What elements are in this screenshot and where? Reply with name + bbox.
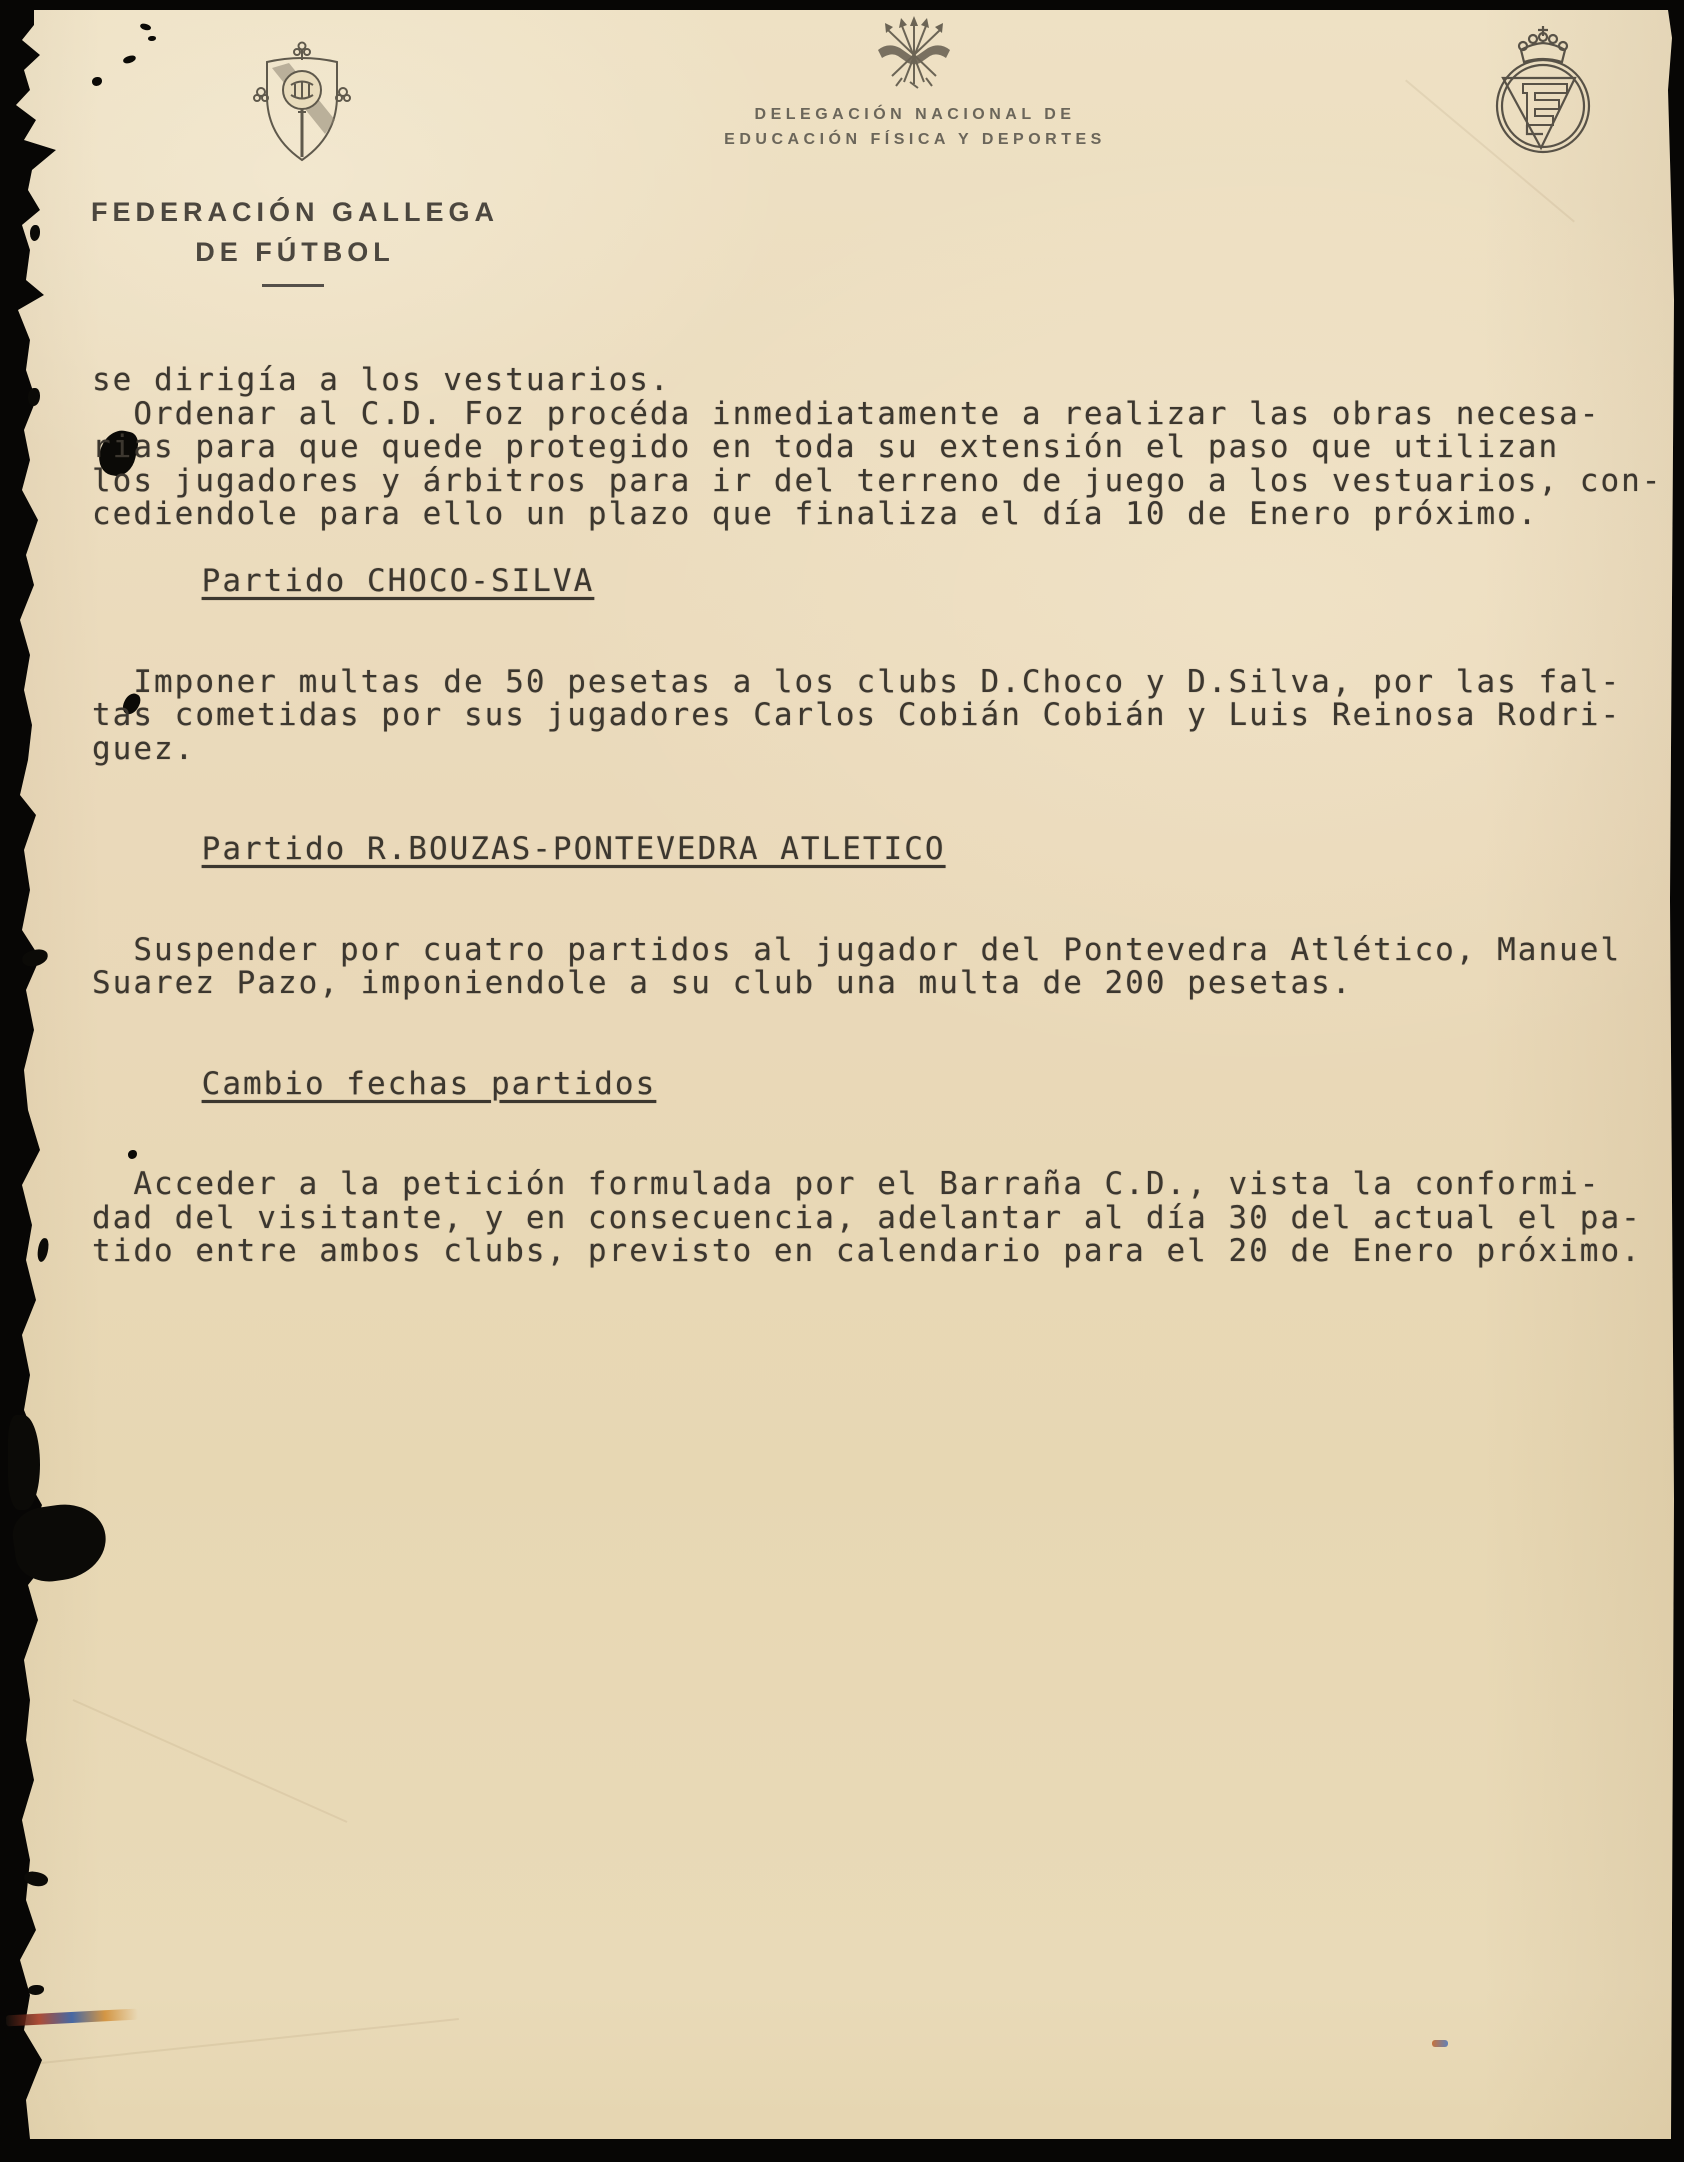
federation-name: FEDERACIÓN GALLEGA DE FÚTBOL [90,192,500,272]
color-speck [1432,2040,1448,2047]
body-line: dad del visitante, y en consecuencia, ad… [92,1202,1672,1236]
delegation-title-line2: EDUCACIÓN FÍSICA Y DEPORTES [665,127,1165,152]
federacion-gallega-shield-icon [245,40,360,175]
body-line: tido entre ambos clubs, previsto en cale… [92,1235,1672,1269]
body-line: los jugadores y árbitros para ir del ter… [92,465,1672,499]
body-line: Acceder a la petición formulada por el B… [92,1168,1672,1202]
body-line: Ordenar al C.D. Foz procéda inmediatamen… [92,398,1672,432]
body-line: se dirigía a los vestuarios. [92,364,1672,398]
section-heading-cambio-fechas: Cambio fechas partidos [119,1034,1672,1135]
body-line: Imponer multas de 50 pesetas a los clubs… [92,666,1672,700]
royal-federation-crest-icon [1483,22,1603,154]
section-heading-bouzas-pontevedra: Partido R.BOUZAS-PONTEVEDRA ATLETICO [119,800,1672,901]
body-line: Suspender por cuatro partidos al jugador… [92,934,1672,968]
body-line: cediendole para ello un plazo que finali… [92,498,1672,532]
section-heading-choco-silva: Partido CHOCO-SILVA [119,532,1672,633]
body-line: Suarez Pazo, imponiendole a su club una … [92,967,1672,1001]
delegation-title-line1: DELEGACIÓN NACIONAL DE [665,102,1165,127]
body-line: tas cometidas por sus jugadores Carlos C… [92,699,1672,733]
body-line: guez. [92,733,1672,767]
delegation-title: DELEGACIÓN NACIONAL DE EDUCACIÓN FÍSICA … [665,102,1165,152]
body-line: rias para que quede protegido en toda su… [92,431,1672,465]
typewritten-body: se dirigía a los vestuarios. Ordenar al … [92,364,1672,1269]
edge-tear [8,1415,40,1510]
federation-name-rule [262,284,324,287]
federation-name-line1: FEDERACIÓN GALLEGA [90,192,500,232]
yoke-and-arrows-icon [872,14,957,92]
federation-name-line2: DE FÚTBOL [90,232,500,272]
